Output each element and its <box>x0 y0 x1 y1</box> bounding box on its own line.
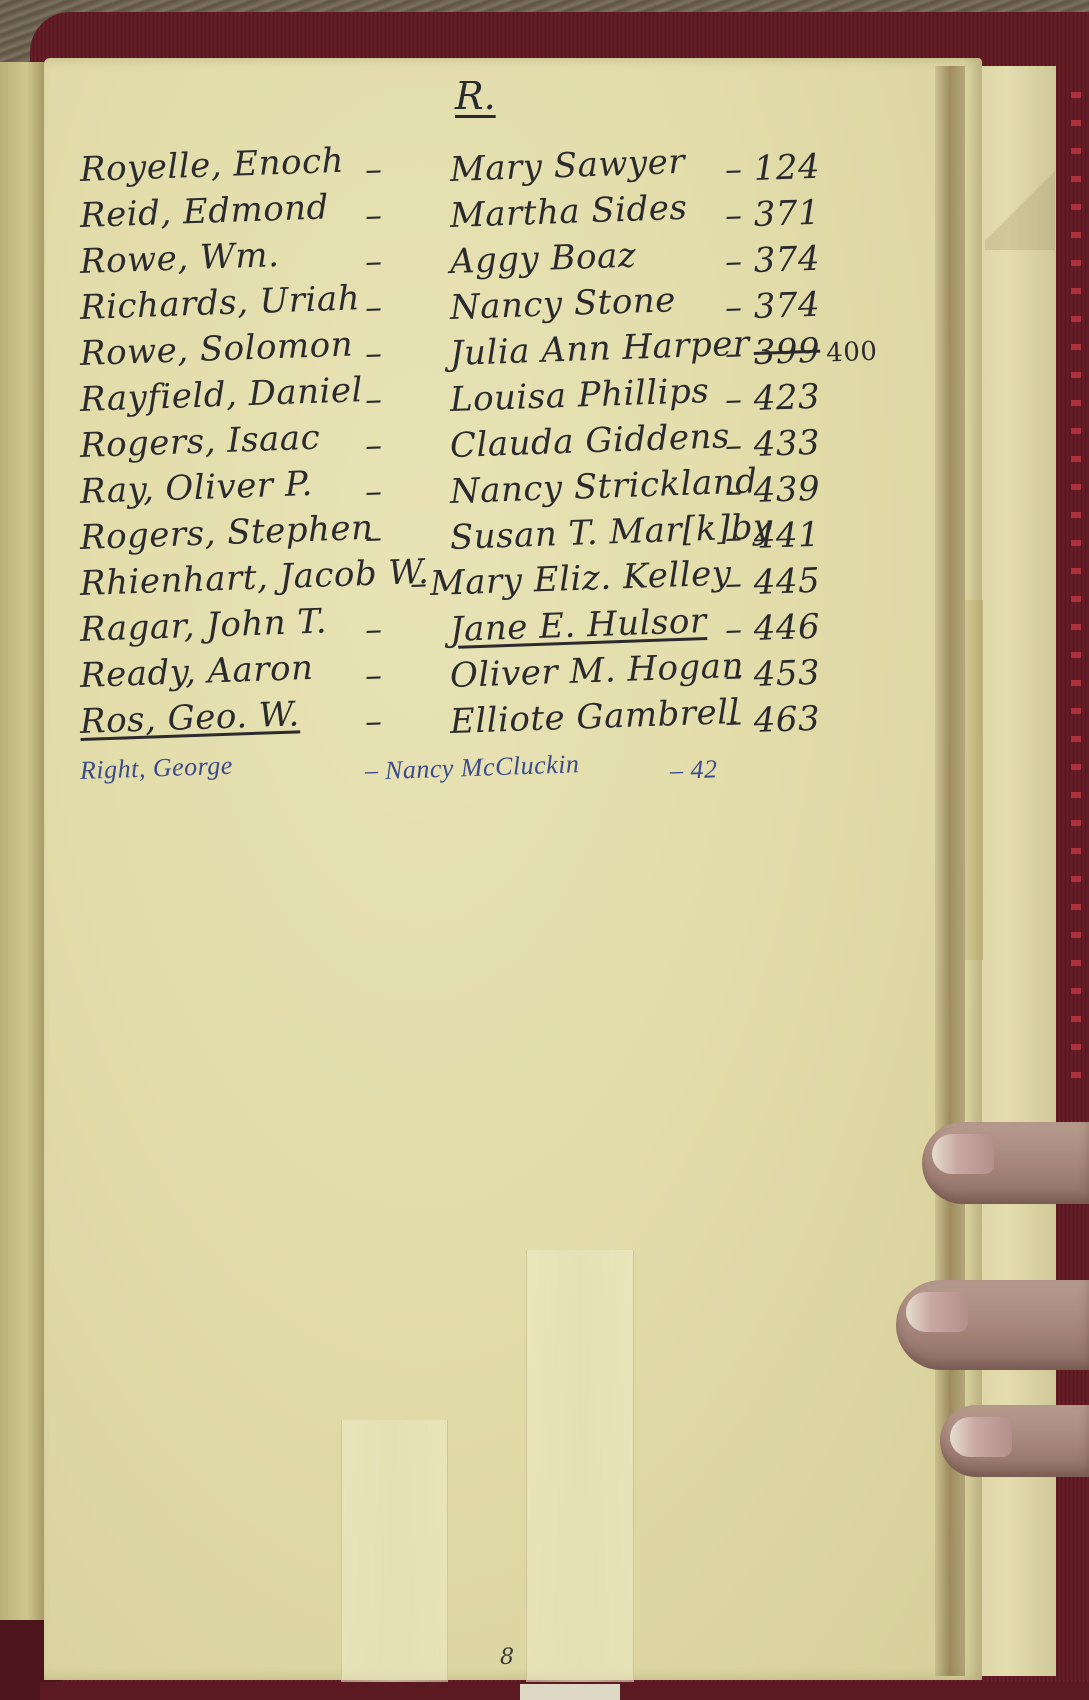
page-value: 439 <box>753 469 821 511</box>
cover-edge-stitching <box>1071 92 1081 1092</box>
index-entry: Rowe, Wm. – Aggy Boaz – 374 <box>80 242 840 284</box>
groom-name: Royelle, Enoch <box>79 141 344 190</box>
index-entry: Reid, Edmond – Martha Sides – 371 <box>80 196 840 238</box>
index-entry: Royelle, Enoch – Mary Sawyer – 124 <box>80 150 840 192</box>
page-number: – 374 <box>724 285 821 328</box>
page-number: – 371 <box>724 193 821 236</box>
bride-name: Louisa Phillips <box>449 371 710 420</box>
page-value: 463 <box>753 699 821 741</box>
bride-name: Clauda Giddens <box>449 416 730 466</box>
separator: – <box>364 333 383 374</box>
page-value: 124 <box>753 147 821 189</box>
binding-gap <box>520 1684 620 1700</box>
separator: – <box>364 471 383 512</box>
page-number: – 433 <box>724 423 821 466</box>
page-number: – 439 <box>724 469 821 512</box>
page-number: – 423 <box>724 377 821 420</box>
page-number: – 445 <box>724 561 821 604</box>
separator: – <box>364 241 383 282</box>
page-number: – 441 <box>724 515 821 558</box>
page-value: 371 <box>753 193 821 235</box>
groom-name: Rayfield, Daniel <box>79 370 363 420</box>
separator: – <box>364 517 383 558</box>
page-value: 446 <box>753 607 821 649</box>
bride-name: Mary Sawyer <box>449 142 685 190</box>
page-value: 423 <box>753 377 821 419</box>
groom-name: Reid, Edmond <box>79 187 329 236</box>
separator: – <box>364 379 383 420</box>
left-facing-page-edge <box>0 62 44 1700</box>
struck-page-value: 399 <box>753 331 821 373</box>
separator: – <box>364 609 383 650</box>
finger <box>896 1280 1089 1370</box>
groom-name: Rowe, Wm. <box>79 235 280 282</box>
page-value: 453 <box>753 653 821 695</box>
groom-name: Rowe, Solomon <box>79 324 353 374</box>
index-entry-blue-ink: Right, George – Nancy McCluckin – 42 <box>80 756 840 798</box>
bride-name: Nancy McCluckin <box>384 749 579 786</box>
separator: – <box>364 655 383 696</box>
page-value: 374 <box>753 239 821 281</box>
bride-name: Martha Sides <box>449 188 688 236</box>
page-number: – 463 <box>724 699 821 742</box>
separator: – <box>364 195 383 236</box>
separator: – <box>364 756 379 786</box>
page-number: – 124 <box>724 147 821 190</box>
bride-name: Nancy Stone <box>449 280 676 328</box>
fingernail <box>906 1292 968 1332</box>
page-value: 42 <box>690 754 718 784</box>
page-edge-wear <box>965 600 983 960</box>
groom-name: Richards, Uriah <box>79 278 360 328</box>
separator: – <box>364 287 383 328</box>
page-number: – 399400 <box>724 329 878 374</box>
page-number: – 446 <box>724 607 821 650</box>
page-value: 445 <box>753 561 821 603</box>
tape-strip <box>526 1250 634 1690</box>
groom-name: Ready, Aaron <box>79 648 314 696</box>
underlying-page-fold <box>985 160 1055 250</box>
separator: – <box>364 701 383 742</box>
page-number: – 374 <box>724 239 821 282</box>
page-number: – 453 <box>724 653 821 696</box>
section-heading: R. <box>455 74 496 118</box>
tape-strip <box>341 1420 448 1690</box>
bride-name: Aggy Boaz <box>449 236 637 282</box>
groom-name: Ray, Oliver P. <box>79 464 313 512</box>
fingernail <box>950 1417 1012 1457</box>
page-value: 433 <box>753 423 821 465</box>
finger <box>940 1405 1089 1477</box>
page-value: 441 <box>753 515 821 557</box>
index-entry: Rhienhart, Jacob W. – Mary Eliz. Kelley … <box>80 564 840 606</box>
bride-name: Jane E. Hulsor <box>449 601 707 650</box>
fingernail <box>932 1134 994 1174</box>
separator: – <box>364 425 383 466</box>
groom-name: Rogers, Isaac <box>79 418 320 466</box>
groom-name: Ragar, John T. <box>79 601 327 650</box>
groom-name: Ros, Geo. W. <box>79 694 300 742</box>
finger <box>922 1122 1089 1204</box>
page-number: – 42 <box>669 754 718 786</box>
separator: – <box>409 563 428 604</box>
index-entry: Ros, Geo. W. – Elliote Gambrell – 463 <box>80 702 840 744</box>
corrected-page-value: 400 <box>826 337 878 369</box>
groom-name: Right, George <box>79 751 233 786</box>
separator: – <box>364 149 383 190</box>
index-entry: Rowe, Solomon – Julia Ann Harper – 39940… <box>80 334 840 376</box>
page-footer-mark: 8 <box>500 1645 514 1670</box>
page-value: 374 <box>753 285 821 327</box>
